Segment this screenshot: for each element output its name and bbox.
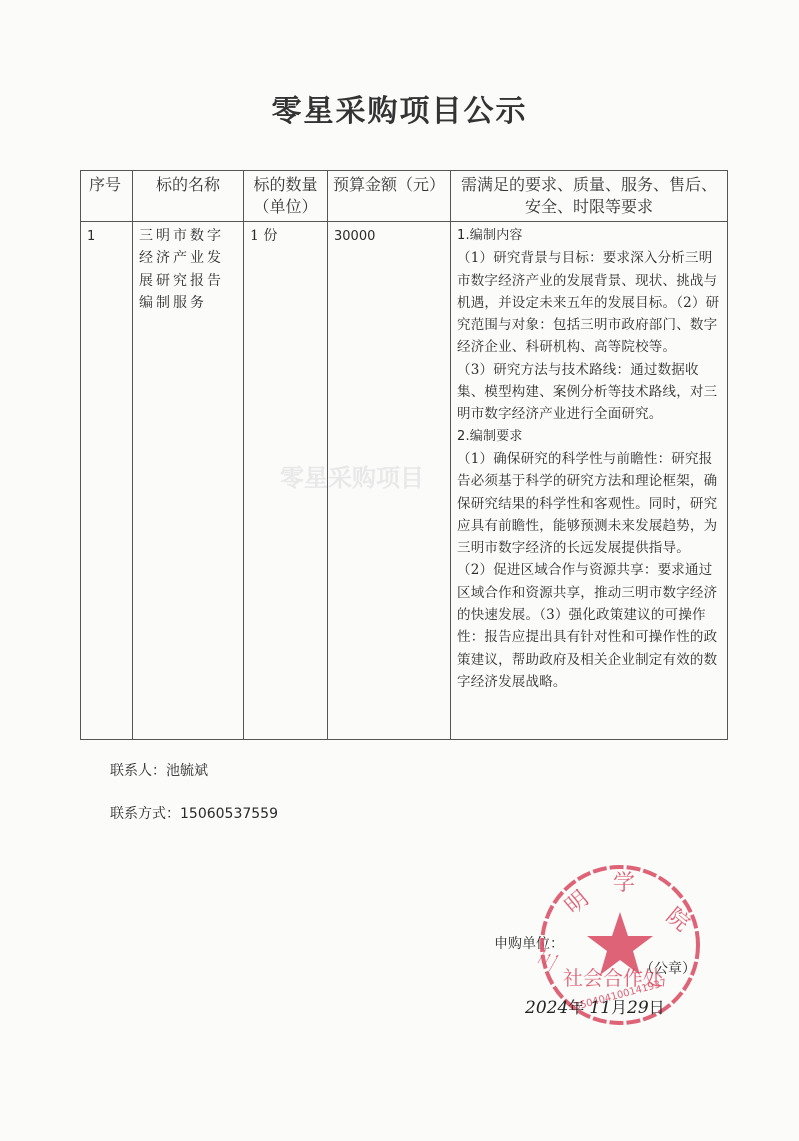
header-requirements: 需满足的要求、质量、服务、售后、 安全、时限等要求 [451, 171, 728, 222]
contact-phone-number: 15060537559 [180, 806, 278, 822]
contact-person-label: 联系人： [110, 763, 166, 779]
requirements-section1-title: 1.编制内容 [457, 225, 721, 247]
requirements-section2-title: 2.编制要求 [457, 426, 721, 448]
date-month: 11 [589, 998, 611, 1018]
cell-item-name: 三明市数字经济产业发展研究报告编制服务 [133, 222, 244, 740]
requirements-section2-para1: （1）确保研究的科学性与前瞻性：研究报告必须基于科学的研究方法和理论框架，确保研… [457, 448, 721, 559]
header-quantity-line1: 标的数量 [248, 174, 323, 196]
requirements-section2-para2: （2）促进区域合作与资源共享：要求通过区域合作和资源共享，推动三明市数字经济的快… [457, 559, 721, 693]
requirements-section1-para1: （1）研究背景与目标：要求深入分析三明市数字经济产业的发展背景、现状、挑战与机遇… [457, 247, 721, 358]
header-budget: 预算金额（元） [328, 171, 451, 222]
date-year: 2024 [525, 998, 568, 1018]
cell-requirements: 1.编制内容 （1）研究背景与目标：要求深入分析三明市数字经济产业的发展背景、现… [451, 222, 728, 740]
signature-date: 2024年 11月29日 [525, 995, 665, 1018]
page-title: 零星采购项目公示 [0, 86, 799, 130]
table-row: 1 三明市数字经济产业发展研究报告编制服务 1 份 30000 1.编制内容 （… [81, 222, 728, 740]
seal-note: （公章） [640, 958, 696, 978]
table-header-row: 序号 标的名称 标的数量 （单位） 预算金额（元） 需满足的要求、质量、服务、售… [81, 171, 728, 222]
budget-value: 30000 [334, 229, 375, 244]
svg-text:三: 三 [535, 945, 563, 974]
header-index: 序号 [81, 171, 133, 222]
cell-index: 1 [81, 222, 133, 740]
header-quantity: 标的数量 （单位） [244, 171, 328, 222]
header-requirements-line2: 安全、时限等要求 [455, 196, 723, 218]
date-day-suffix: 日 [649, 998, 665, 1017]
svg-text:学: 学 [613, 871, 635, 896]
header-quantity-line2: （单位） [248, 196, 323, 218]
requirements-section1-para2: （3）研究方法与技术路线：通过数据收集、模型构建、案例分析等技术路线，对三明市数… [457, 359, 721, 426]
contact-person: 联系人：池毓斌 [110, 760, 208, 780]
contact-phone: 联系方式：15060537559 [110, 803, 278, 823]
index-value: 1 [87, 229, 95, 244]
cell-quantity: 1 份 [244, 222, 328, 740]
svg-text:明: 明 [561, 886, 594, 919]
header-item-name: 标的名称 [133, 171, 244, 222]
date-day: 29 [627, 998, 649, 1018]
date-year-suffix: 年 [568, 998, 584, 1017]
procurement-table: 序号 标的名称 标的数量 （单位） 预算金额（元） 需满足的要求、质量、服务、售… [80, 170, 728, 740]
header-requirements-line1: 需满足的要求、质量、服务、售后、 [455, 174, 723, 196]
date-month-suffix: 月 [611, 998, 627, 1017]
contact-phone-label: 联系方式： [110, 806, 180, 822]
cell-budget: 30000 [328, 222, 451, 740]
contact-person-name: 池毓斌 [166, 763, 208, 779]
